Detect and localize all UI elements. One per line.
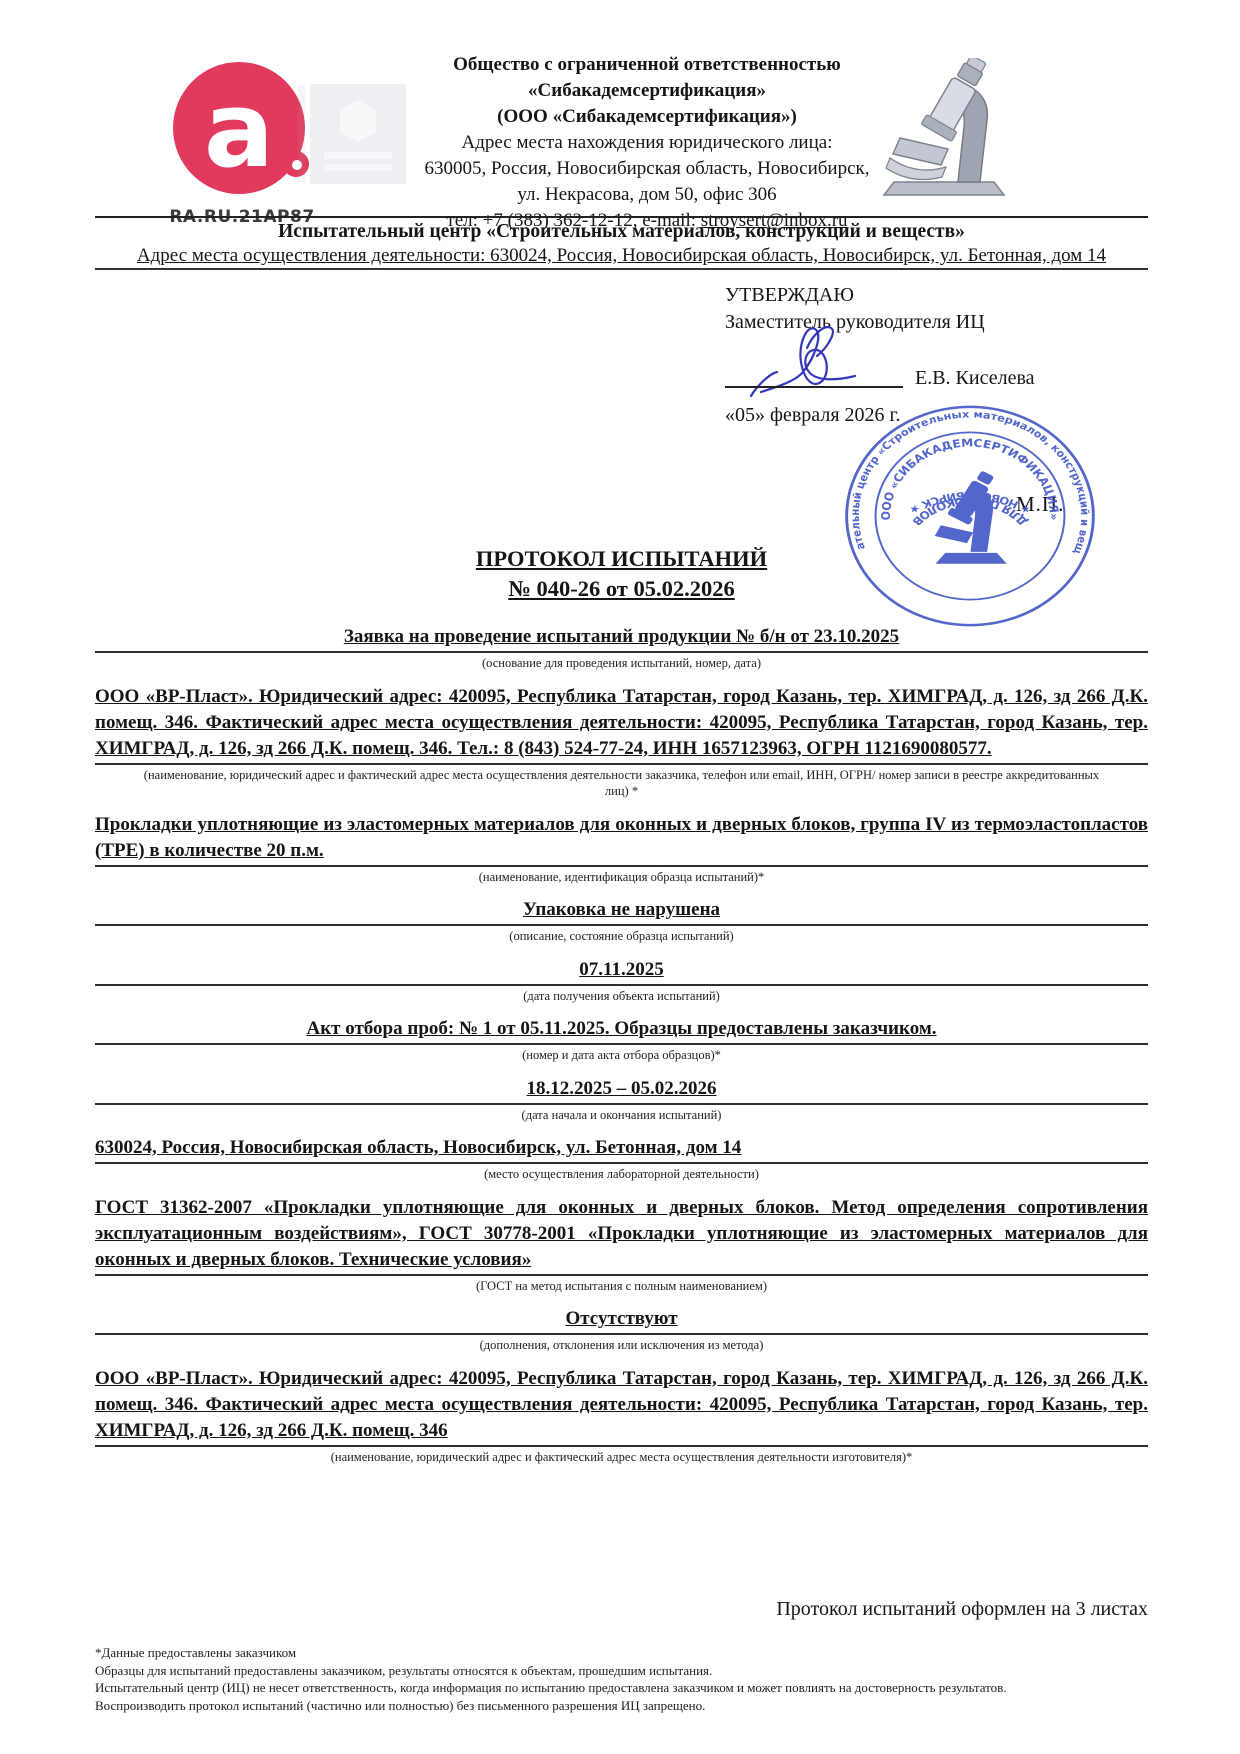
field-value: ООО «ВР-Пласт». Юридический адрес: 42009… [95,684,1148,765]
form-field: 18.12.2025 – 05.02.2026 (дата начала и о… [95,1076,1148,1124]
field-caption: (дополнения, отклонения или исключения и… [95,1335,1148,1354]
testing-center-address: Адрес места осуществления деятельности: … [95,245,1148,270]
field-caption: (ГОСТ на метод испытания с полным наимен… [95,1276,1148,1295]
field-value: Заявка на проведение испытаний продукции… [95,624,1148,653]
document-number-line: № 040-26 от 05.02.2026 [95,574,1148,604]
testing-center-name: Испытательный центр «Строительных матери… [95,221,1148,243]
form-field: Отсутствуют (дополнения, отклонения или … [95,1306,1148,1354]
field-value: 18.12.2025 – 05.02.2026 [95,1076,1148,1105]
approve-word: УТВЕРЖДАЮ [725,282,1155,309]
form-field: ООО «ВР-Пласт». Юридический адрес: 42009… [95,1366,1148,1466]
field-caption: (наименование, идентификация образца исп… [95,867,1148,886]
form-field: Заявка на проведение испытаний продукции… [95,624,1148,672]
field-caption: (дата получения объекта испытаний) [95,986,1148,1005]
footnote-line: Испытательный центр (ИЦ) не несет ответс… [95,1679,1155,1697]
org-line: «Сибакадемсертификация» [392,78,902,104]
signature-row: Е.В. Киселева [725,336,1155,402]
field-caption: (наименование, юридический адрес и факти… [132,765,1112,800]
org-line: Общество с ограниченной ответственностью [392,52,902,78]
org-line: Адрес места нахождения юридического лица… [392,130,902,156]
field-caption: (место осуществления лабораторной деятел… [95,1164,1148,1183]
test-protocol-document: a RA.RU.21AP87 Общество с ограниченной о… [0,0,1240,1754]
org-line: 630005, Россия, Новосибирская область, Н… [392,156,902,182]
footnotes: *Данные предоставлены заказчикомОбразцы … [95,1644,1155,1714]
field-caption: (наименование, юридический адрес и факти… [95,1447,1148,1466]
form-field: 07.11.2025 (дата получения объекта испыт… [95,957,1148,1005]
field-value: Упаковка не нарушена [95,897,1148,926]
field-value: ГОСТ 31362-2007 «Прокладки уплотняющие д… [95,1195,1148,1276]
form-field: Прокладки уплотняющие из эластомерных ма… [95,812,1148,886]
signature-image [743,322,893,400]
form-field: ГОСТ 31362-2007 «Прокладки уплотняющие д… [95,1195,1148,1295]
field-value: ООО «ВР-Пласт». Юридический адрес: 42009… [95,1366,1148,1447]
footnote-line: *Данные предоставлены заказчиком [95,1644,1155,1662]
footnote-line: Образцы для испытаний предоставлены зака… [95,1662,1155,1680]
signature-line [725,386,903,388]
field-caption: (описание, состояние образца испытаний) [95,926,1148,945]
form-fields: Заявка на проведение испытаний продукции… [95,612,1148,1465]
document-title: ПРОТОКОЛ ИСПЫТАНИЙ № 040-26 от 05.02.202… [95,544,1148,604]
form-field: 630024, Россия, Новосибирская область, Н… [95,1135,1148,1183]
org-line: ул. Некрасова, дом 50, офис 306 [392,182,902,208]
footnote-line: Воспроизводить протокол испытаний (части… [95,1697,1155,1715]
field-value: 07.11.2025 [95,957,1148,986]
microscope-image [876,58,1012,200]
org-line: (ООО «Сибакадемсертификация») [392,104,902,130]
form-field: ООО «ВР-Пласт». Юридический адрес: 42009… [95,684,1148,800]
field-value: 630024, Россия, Новосибирская область, Н… [95,1135,1148,1164]
field-caption: (основание для проведения испытаний, ном… [95,653,1148,672]
accreditation-a-icon: a [168,60,316,198]
field-value: Прокладки уплотняющие из эластомерных ма… [95,812,1148,867]
document-title-line1: ПРОТОКОЛ ИСПЫТАНИЙ [95,544,1148,574]
field-caption: (номер и дата акта отбора образцов)* [95,1045,1148,1064]
field-value: Акт отбора проб: № 1 от 05.11.2025. Обра… [95,1016,1148,1045]
header-divider [95,216,1148,218]
field-value: Отсутствуют [95,1306,1148,1335]
form-field: Акт отбора проб: № 1 от 05.11.2025. Обра… [95,1016,1148,1064]
field-caption: (дата начала и окончания испытаний) [95,1105,1148,1124]
organization-header: Общество с ограниченной ответственностью… [392,52,902,234]
svg-text:a: a [204,69,274,191]
sheets-count-note: Протокол испытаний оформлен на 3 листах [95,1598,1148,1621]
approver-name: Е.В. Киселева [915,365,1035,392]
form-field: Упаковка не нарушена (описание, состояни… [95,897,1148,945]
